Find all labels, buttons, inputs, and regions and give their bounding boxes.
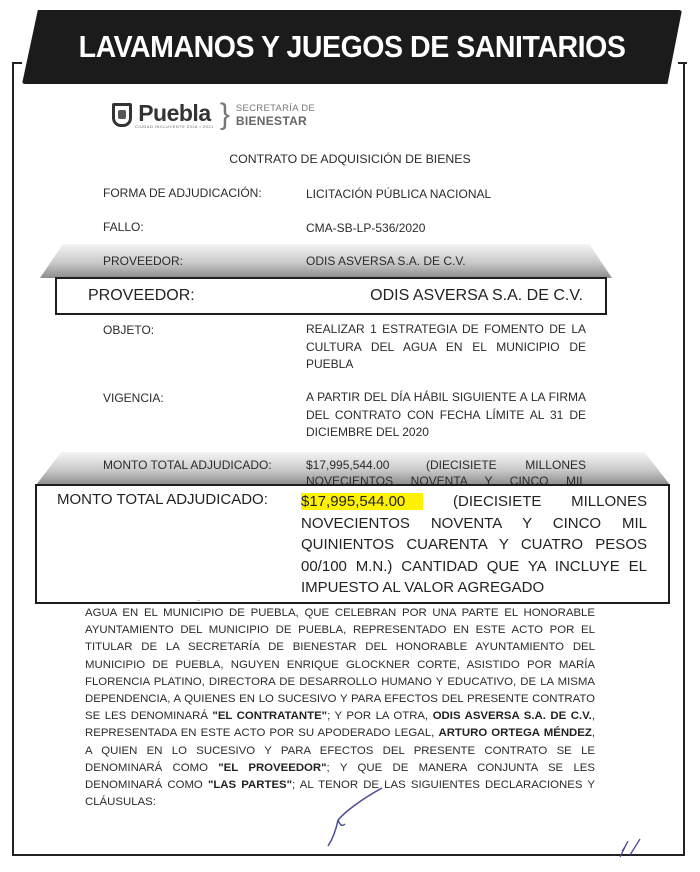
- brace-divider-icon: }: [220, 100, 230, 130]
- magnified-monto-value: $17,995,544.00 (DIECISIETE MILLONES NOVE…: [301, 491, 647, 599]
- proveedor-name: ODIS ASVERSA S.A. DE C.V.: [433, 710, 592, 722]
- magnified-proveedor-label: PROVEEDOR:: [88, 287, 195, 305]
- field-text-monto-small-1: (DIECISIETE MILLONES: [426, 458, 586, 472]
- clipped-text: CONTRATO DE ADQUISICIÓN DE BIENES RELATI…: [85, 600, 595, 601]
- preamble-part-2: ; Y POR LA OTRA,: [327, 710, 433, 722]
- frame-corner-left: [12, 62, 22, 64]
- signature-mark: [320, 780, 420, 850]
- field-value-objeto: REALIZAR 1 ESTRATEGIA DE FOMENTO DE LA C…: [306, 321, 586, 374]
- alias-partes: "LAS PARTES": [208, 779, 292, 791]
- field-label-vigencia: VIGENCIA:: [103, 391, 164, 405]
- magnified-proveedor-value: ODIS ASVERSA S.A. DE C.V.: [370, 287, 583, 305]
- field-label-proveedor: PROVEEDOR:: [103, 254, 183, 268]
- field-value-forma: LICITACIÓN PÚBLICA NACIONAL: [306, 186, 491, 204]
- highlighted-amount: $17,995,544.00: [301, 493, 423, 510]
- shield-icon: [112, 103, 132, 127]
- magnified-monto-label: MONTO TOTAL ADJUDICADO:: [57, 491, 268, 508]
- magnified-proveedor-box: PROVEEDOR: ODIS ASVERSA S.A. DE C.V.: [55, 277, 607, 315]
- document-title: CONTRATO DE ADQUISICIÓN DE BIENES: [0, 152, 700, 166]
- secretaria-label: SECRETARÍA DE BIENESTAR: [236, 103, 315, 127]
- magnified-monto-box: MONTO TOTAL ADJUDICADO: $17,995,544.00 (…: [35, 484, 670, 604]
- apoderado-name: ARTURO ORTEGA MÉNDEZ: [438, 727, 591, 739]
- field-value-fallo: CMA-SB-LP-536/2020: [306, 220, 425, 238]
- frame-corner-right: [678, 62, 687, 64]
- field-label-objeto: OBJETO:: [103, 323, 154, 337]
- field-label-monto-small: MONTO TOTAL ADJUDICADO:: [103, 458, 272, 472]
- preamble-part-1: AGUA EN EL MUNICIPIO DE PUEBLA, QUE CELE…: [85, 607, 595, 722]
- field-value-vigencia: A PARTIR DEL DÍA HÁBIL SIGUIENTE A LA FI…: [306, 389, 586, 442]
- alias-proveedor: "EL PROVEEDOR": [218, 762, 326, 774]
- initials-mark: [610, 835, 650, 859]
- secretaria-line2: BIENESTAR: [236, 115, 315, 127]
- field-amount-monto-small: $17,995,544.00: [306, 458, 389, 472]
- puebla-logo: Puebla CIUDAD INCLUYENTE 2018 • 2021 } S…: [112, 96, 315, 134]
- logo-wordmark: Puebla CIUDAD INCLUYENTE 2018 • 2021: [135, 102, 214, 129]
- field-label-fallo: FALLO:: [103, 220, 144, 234]
- field-label-forma: FORMA DE ADJUDICACIÓN:: [103, 186, 262, 200]
- field-value-proveedor: ODIS ASVERSA S.A. DE C.V.: [306, 254, 466, 268]
- logo-tagline: CIUDAD INCLUYENTE 2018 • 2021: [135, 124, 214, 129]
- alias-contratante: "EL CONTRATANTE": [212, 710, 327, 722]
- logo-name: Puebla: [138, 102, 210, 124]
